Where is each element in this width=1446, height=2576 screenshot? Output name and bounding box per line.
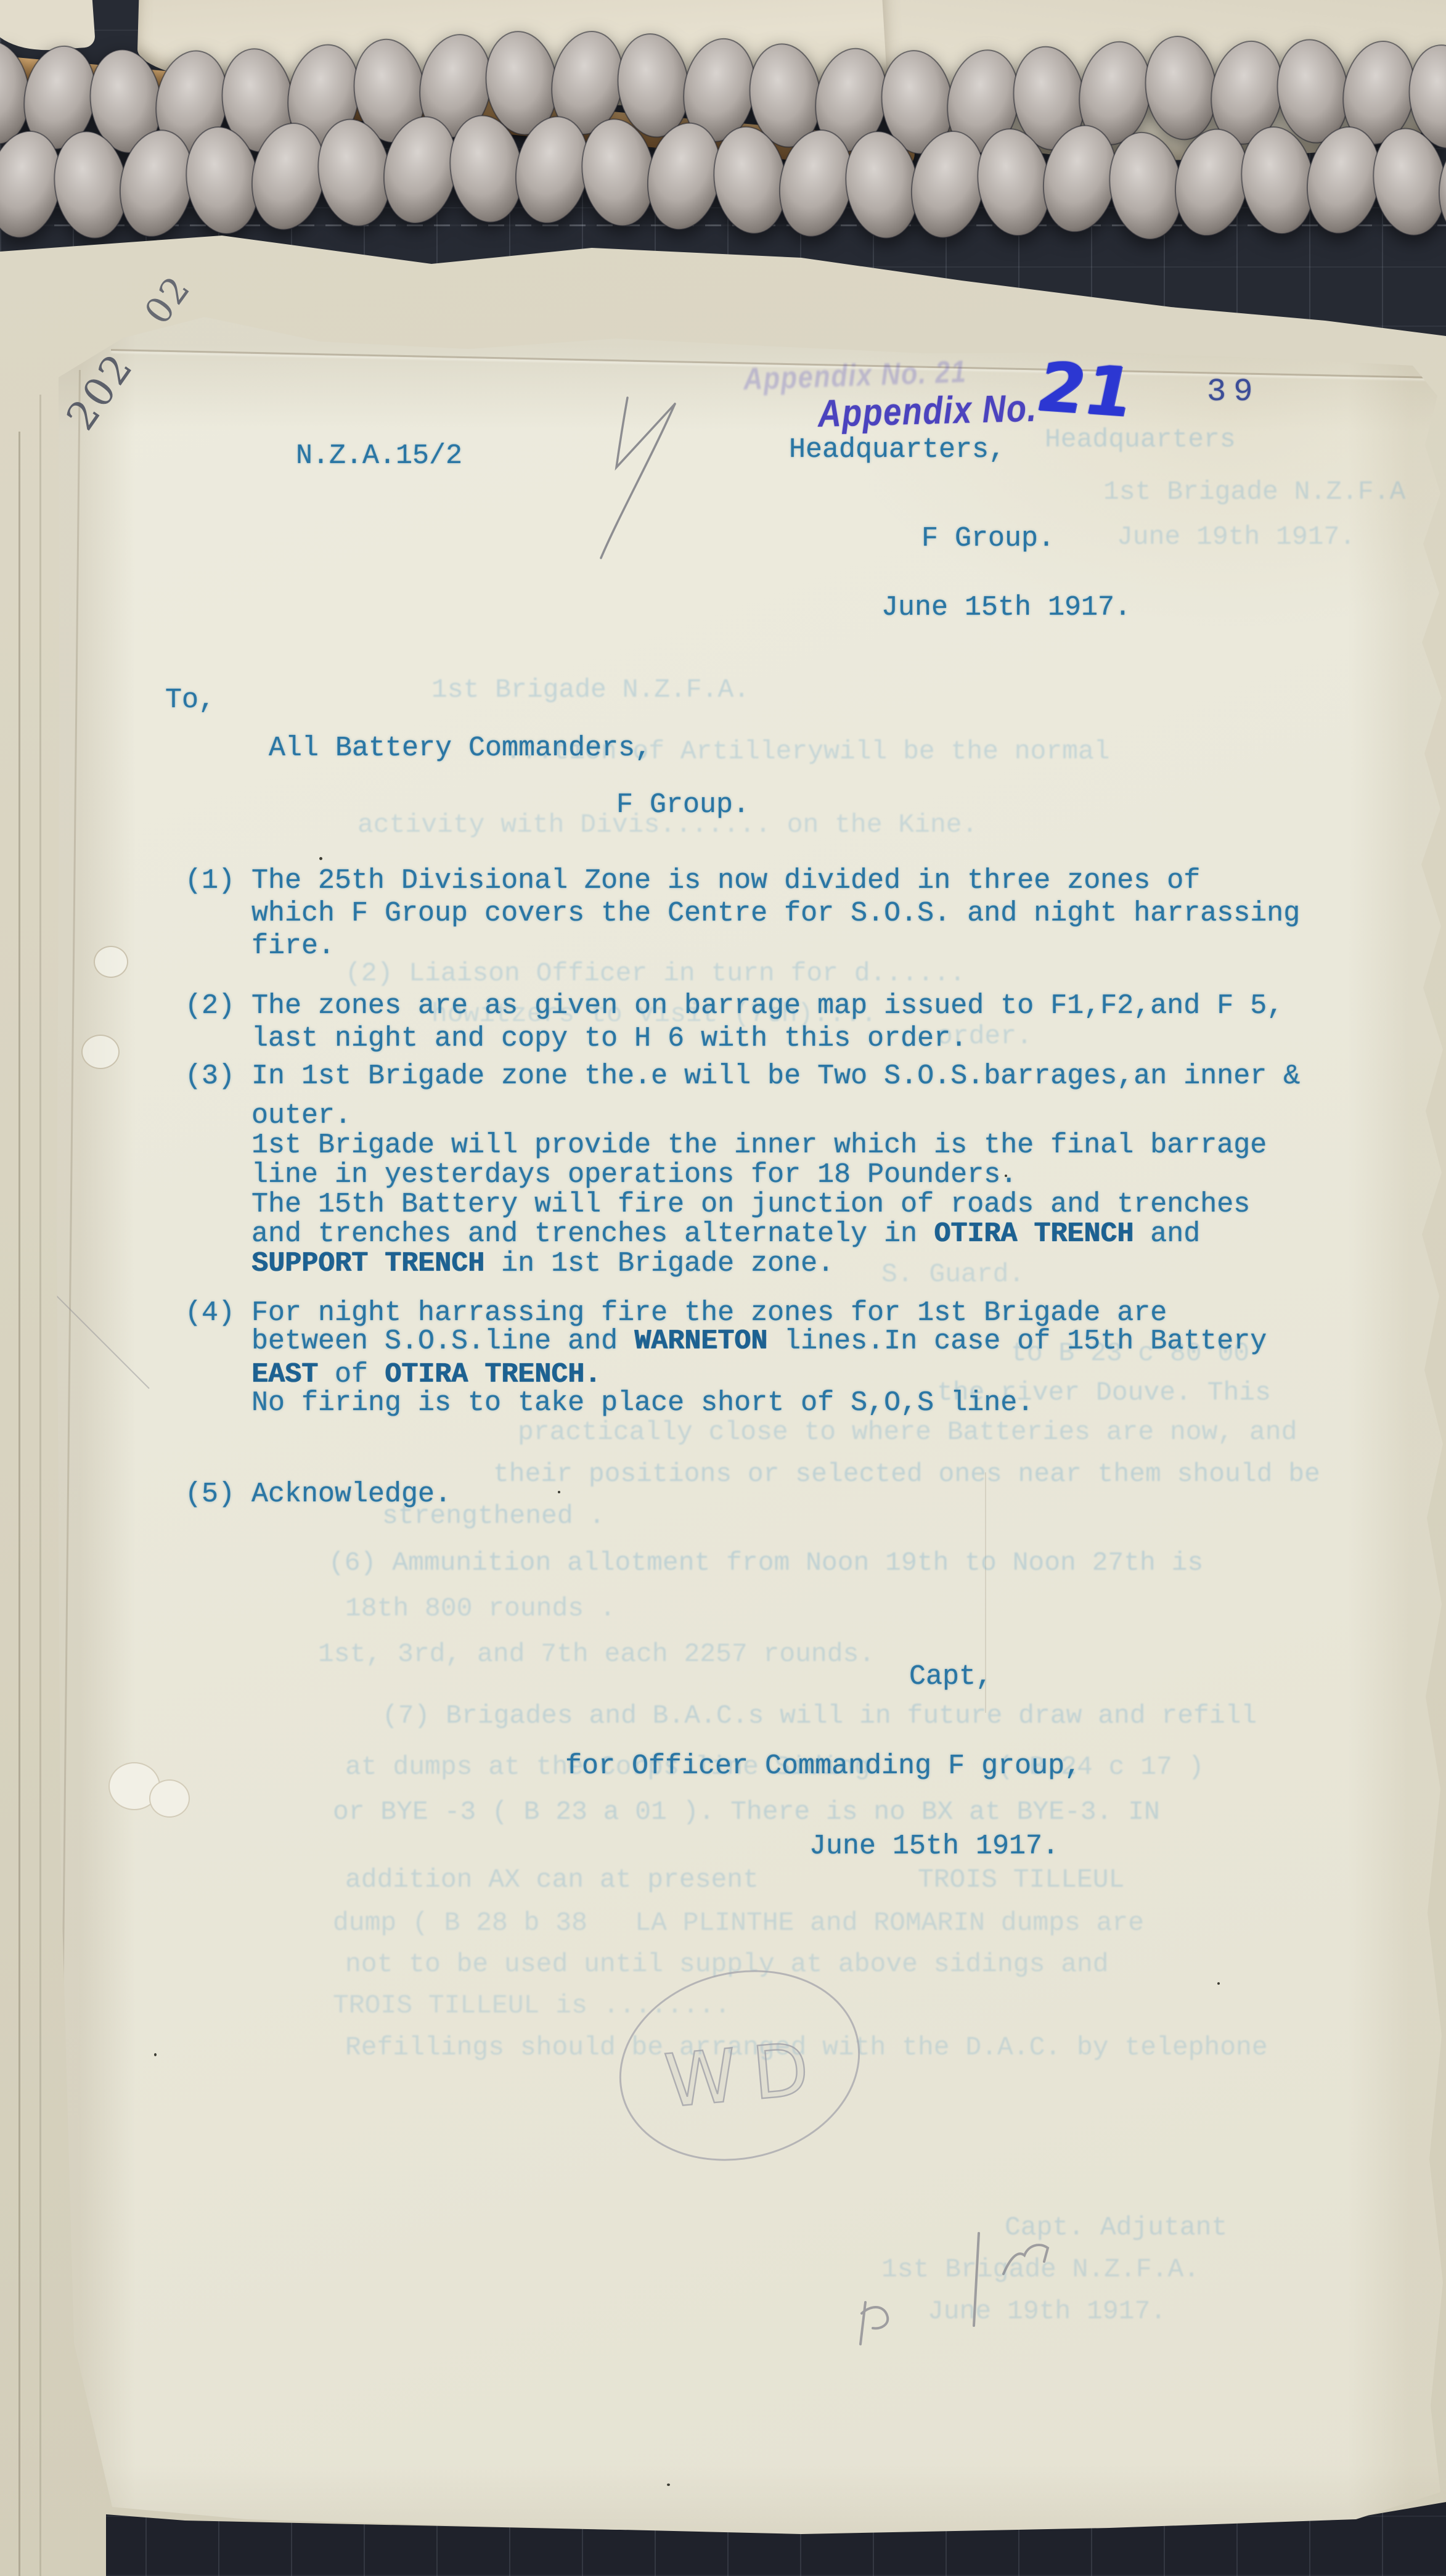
typed-line: and trenches and trenches alternately in… [251, 1220, 1200, 1249]
typed-line: (5) Acknowledge. [185, 1480, 451, 1509]
speck [558, 1491, 560, 1493]
typed-line: which F Group covers the Centre for S.O.… [251, 899, 1300, 929]
speck [667, 2484, 670, 2486]
typed-line: June 15th 1917. [809, 1832, 1059, 1861]
cord-bead [1140, 32, 1222, 144]
typed-line: last night and copy to H 6 with this ord… [251, 1024, 967, 1054]
bleedthrough-line: 18th 800 rounds . [345, 1594, 616, 1623]
document-sheet: Appendix No. 21 Appendix No. 21 39 202 H… [0, 0, 1446, 2576]
appendix-stamp: Appendix No. [817, 387, 1038, 436]
bleedthrough-line: (2) Liaison Officer in turn for d...... [345, 959, 965, 988]
typed-line: (1) The 25th Divisional Zone is now divi… [185, 866, 1200, 896]
typed-line: for Officer Commanding F group, [565, 1752, 1081, 1781]
wd-circle [600, 1946, 880, 2184]
sheet-edge-line [18, 432, 20, 2576]
archive-scan-photo: { "scan": { "page_number": "39", "folio_… [0, 0, 1446, 2576]
bleedthrough-line: addition AX can at present TROIS TILLEUL [345, 1866, 1124, 1894]
typed-line: June 15th 1917. [881, 593, 1131, 623]
bleedthrough-line: Headquarters [1045, 425, 1236, 454]
typed-line: (2) The zones are as given on barrage ma… [185, 991, 1283, 1021]
bleedthrough-line: 1st Brigade N.Z.F.A. [431, 676, 750, 704]
typed-line: The 15th Battery will fire on junction o… [251, 1190, 1250, 1220]
bleedthrough-line: 1st Brigade N.Z.F.A. [881, 2255, 1199, 2284]
speck [154, 2053, 157, 2056]
bleedthrough-line: June 19th 1917. [928, 2297, 1166, 2326]
page-number: 39 [1207, 374, 1260, 410]
bleedthrough-line: June 19th 1917. [1117, 523, 1355, 551]
typed-line: Headquarters, [789, 435, 1005, 465]
typed-line: No firing is to take place short of S,O,… [251, 1388, 1034, 1418]
typed-line: F Group. [921, 524, 1055, 554]
typed-line: N.Z.A.15/2 [296, 441, 462, 471]
typed-line: between S.O.S.line and WARNETON lines.In… [251, 1327, 1267, 1356]
typed-line: (3) In 1st Brigade zone the.e will be Tw… [185, 1062, 1300, 1091]
appendix-number-handwritten: 21 [1030, 347, 1141, 432]
bleedthrough-line: (6) Ammunition allotment from Noon 19th … [329, 1549, 1203, 1577]
sheet-edge-line [39, 395, 41, 2576]
pencil-signature-marks [860, 2233, 1048, 2344]
bleedthrough-line: 1st, 3rd, and 7th each 2257 rounds. [318, 1640, 875, 1668]
bleedthrough-line: practically close to where Batteries are… [518, 1418, 1297, 1446]
bleedthrough-line: dump ( B 28 b 38 LA PLINTHE and ROMARIN … [333, 1909, 1144, 1937]
typed-line: outer. [251, 1101, 351, 1131]
typed-line: Capt, [909, 1662, 992, 1692]
speck [319, 857, 322, 860]
punch-hole [94, 946, 128, 978]
bleedthrough-line: 1st Brigade N.Z.F.A [1103, 478, 1405, 506]
typed-line: fire. [251, 932, 335, 961]
typed-line: EAST of OTIRA TRENCH. [251, 1360, 601, 1390]
typed-line: line in yesterdays operations for 18 Pou… [251, 1160, 1017, 1190]
typed-line: All Battery Commanders, [269, 734, 652, 763]
bleedthrough-line: Capt. Adjutant [1005, 2213, 1227, 2242]
typed-line: To, [165, 686, 215, 715]
speck [1217, 1982, 1220, 1985]
paper-stain [149, 1779, 190, 1818]
bleedthrough-line: not to be used until supply at above sid… [345, 1950, 1109, 1979]
bleedthrough-line: S. Guard. [881, 1260, 1024, 1289]
typed-line: F Group. [616, 790, 750, 820]
bleedthrough-line: or BYE -3 ( B 23 a 01 ). There is no BX … [333, 1798, 1160, 1826]
typed-line: 1st Brigade will provide the inner which… [251, 1131, 1267, 1160]
typed-line: SUPPORT TRENCH in 1st Brigade zone. [251, 1249, 834, 1279]
bleedthrough-line: (7) Brigades and B.A.C.s will in future … [382, 1702, 1257, 1730]
wd-registration-mark: WD [600, 1946, 880, 2184]
typed-line: (4) For night harrassing fire the zones … [185, 1298, 1167, 1328]
punch-hole [81, 1035, 120, 1069]
bleedthrough-line: Refillings should be arranged with the D… [345, 2033, 1268, 2062]
bleedthrough-line: their positions or selected ones near th… [493, 1460, 1320, 1488]
pencil-check-mark [601, 398, 675, 558]
bleedthrough-line: TROIS TILLEUL is ........ [333, 1991, 730, 2020]
